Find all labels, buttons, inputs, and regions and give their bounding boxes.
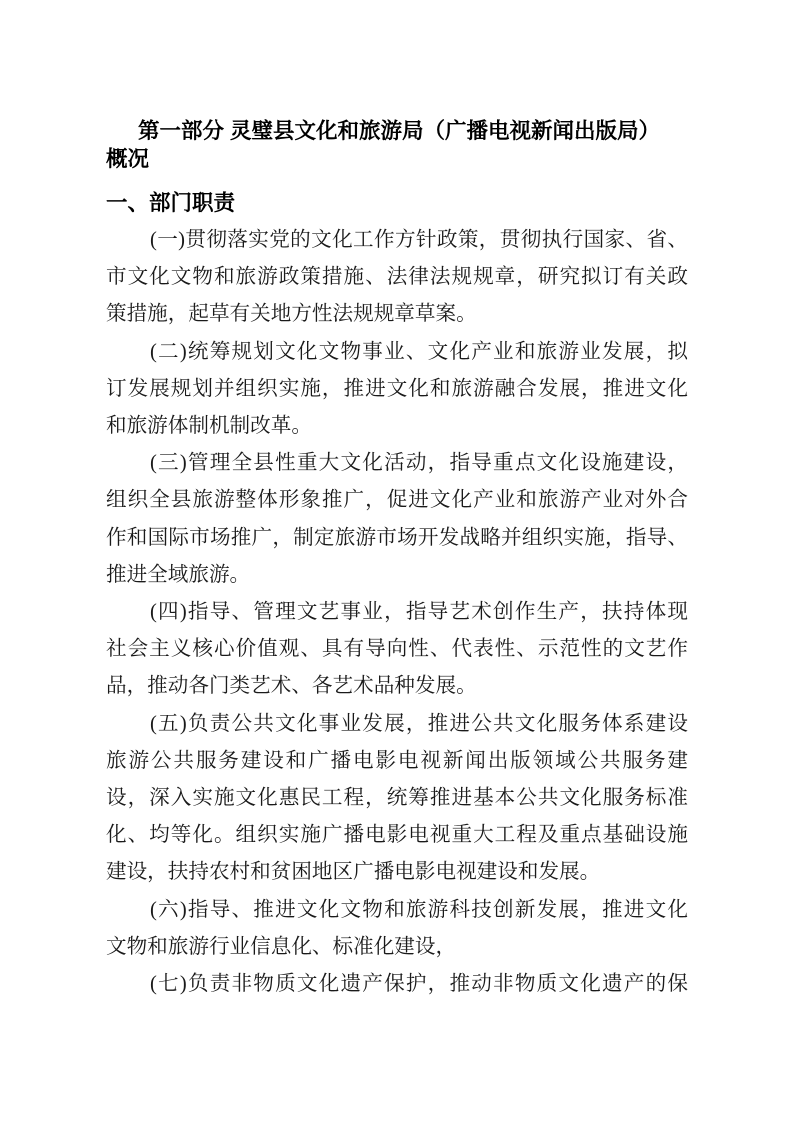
document-title: 第一部分 灵璧县文化和旅游局（广播电视新闻出版局） 概况 bbox=[106, 117, 688, 173]
paragraph-3-line-3: 作和国际市场推广，制定旅游市场开发战略并组织实施，指导、 bbox=[106, 520, 688, 557]
paragraph-2-line-1: (二)统筹规划文化文物事业、文化产业和旅游业发展，拟 bbox=[106, 334, 688, 371]
document-title-line-2: 概况 bbox=[106, 145, 688, 173]
paragraph-2-line-2: 订发展规划并组织实施，推进文化和旅游融合发展，推进文化 bbox=[106, 371, 688, 408]
paragraph-1-line-2: 市文化文物和旅游政策措施、法律法规规章，研究拟订有关政 bbox=[106, 259, 688, 296]
document-title-line-1: 第一部分 灵璧县文化和旅游局（广播电视新闻出版局） bbox=[106, 117, 688, 145]
paragraph-6-line-2: 文物和旅游行业信息化、标准化建设， bbox=[106, 929, 688, 966]
paragraph-7: (七)负责非物质文化遗产保护，推动非物质文化遗产的保 bbox=[106, 966, 688, 1003]
paragraph-7-line-1: (七)负责非物质文化遗产保护，推动非物质文化遗产的保 bbox=[106, 966, 688, 1003]
paragraph-4: (四)指导、管理文艺事业，指导艺术创作生产，扶持体现 社会主义核心价值观、具有导… bbox=[106, 594, 688, 706]
paragraph-2-line-3: 和旅游体制机制改革。 bbox=[106, 408, 688, 445]
paragraph-3: (三)管理全县性重大文化活动，指导重点文化设施建设， 组织全县旅游整体形象推广，… bbox=[106, 445, 688, 594]
paragraph-5-line-2: 旅游公共服务建设和广播电影电视新闻出版领域公共服务建 bbox=[106, 743, 688, 780]
paragraph-5: (五)负责公共文化事业发展，推进公共文化服务体系建设 旅游公共服务建设和广播电影… bbox=[106, 706, 688, 892]
paragraph-4-line-2: 社会主义核心价值观、具有导向性、代表性、示范性的文艺作 bbox=[106, 631, 688, 668]
paragraph-5-line-3: 设，深入实施文化惠民工程，统筹推进基本公共文化服务标准 bbox=[106, 780, 688, 817]
paragraph-5-line-1: (五)负责公共文化事业发展，推进公共文化服务体系建设 bbox=[106, 706, 688, 743]
section-heading: 一、部门职责 bbox=[106, 189, 688, 217]
paragraph-1: (一)贯彻落实党的文化工作方针政策，贯彻执行国家、省、 市文化文物和旅游政策措施… bbox=[106, 222, 688, 334]
paragraph-5-line-4: 化、均等化。组织实施广播电影电视重大工程及重点基础设施 bbox=[106, 817, 688, 854]
paragraph-5-line-5: 建设，扶持农村和贫困地区广播电影电视建设和发展。 bbox=[106, 854, 688, 891]
paragraph-3-line-1: (三)管理全县性重大文化活动，指导重点文化设施建设， bbox=[106, 445, 688, 482]
paragraph-1-line-3: 策措施，起草有关地方性法规规章草案。 bbox=[106, 296, 688, 333]
paragraph-1-line-1: (一)贯彻落实党的文化工作方针政策，贯彻执行国家、省、 bbox=[106, 222, 688, 259]
paragraph-3-line-2: 组织全县旅游整体形象推广，促进文化产业和旅游产业对外合 bbox=[106, 482, 688, 519]
paragraph-3-line-4: 推进全域旅游。 bbox=[106, 557, 688, 594]
document-body: (一)贯彻落实党的文化工作方针政策，贯彻执行国家、省、 市文化文物和旅游政策措施… bbox=[106, 222, 688, 1003]
paragraph-4-line-3: 品，推动各门类艺术、各艺术品种发展。 bbox=[106, 668, 688, 705]
paragraph-6: (六)指导、推进文化文物和旅游科技创新发展，推进文化 文物和旅游行业信息化、标准… bbox=[106, 892, 688, 966]
paragraph-2: (二)统筹规划文化文物事业、文化产业和旅游业发展，拟 订发展规划并组织实施，推进… bbox=[106, 334, 688, 446]
paragraph-6-line-1: (六)指导、推进文化文物和旅游科技创新发展，推进文化 bbox=[106, 892, 688, 929]
document-page: 第一部分 灵璧县文化和旅游局（广播电视新闻出版局） 概况 一、部门职责 (一)贯… bbox=[0, 0, 794, 1122]
paragraph-4-line-1: (四)指导、管理文艺事业，指导艺术创作生产，扶持体现 bbox=[106, 594, 688, 631]
